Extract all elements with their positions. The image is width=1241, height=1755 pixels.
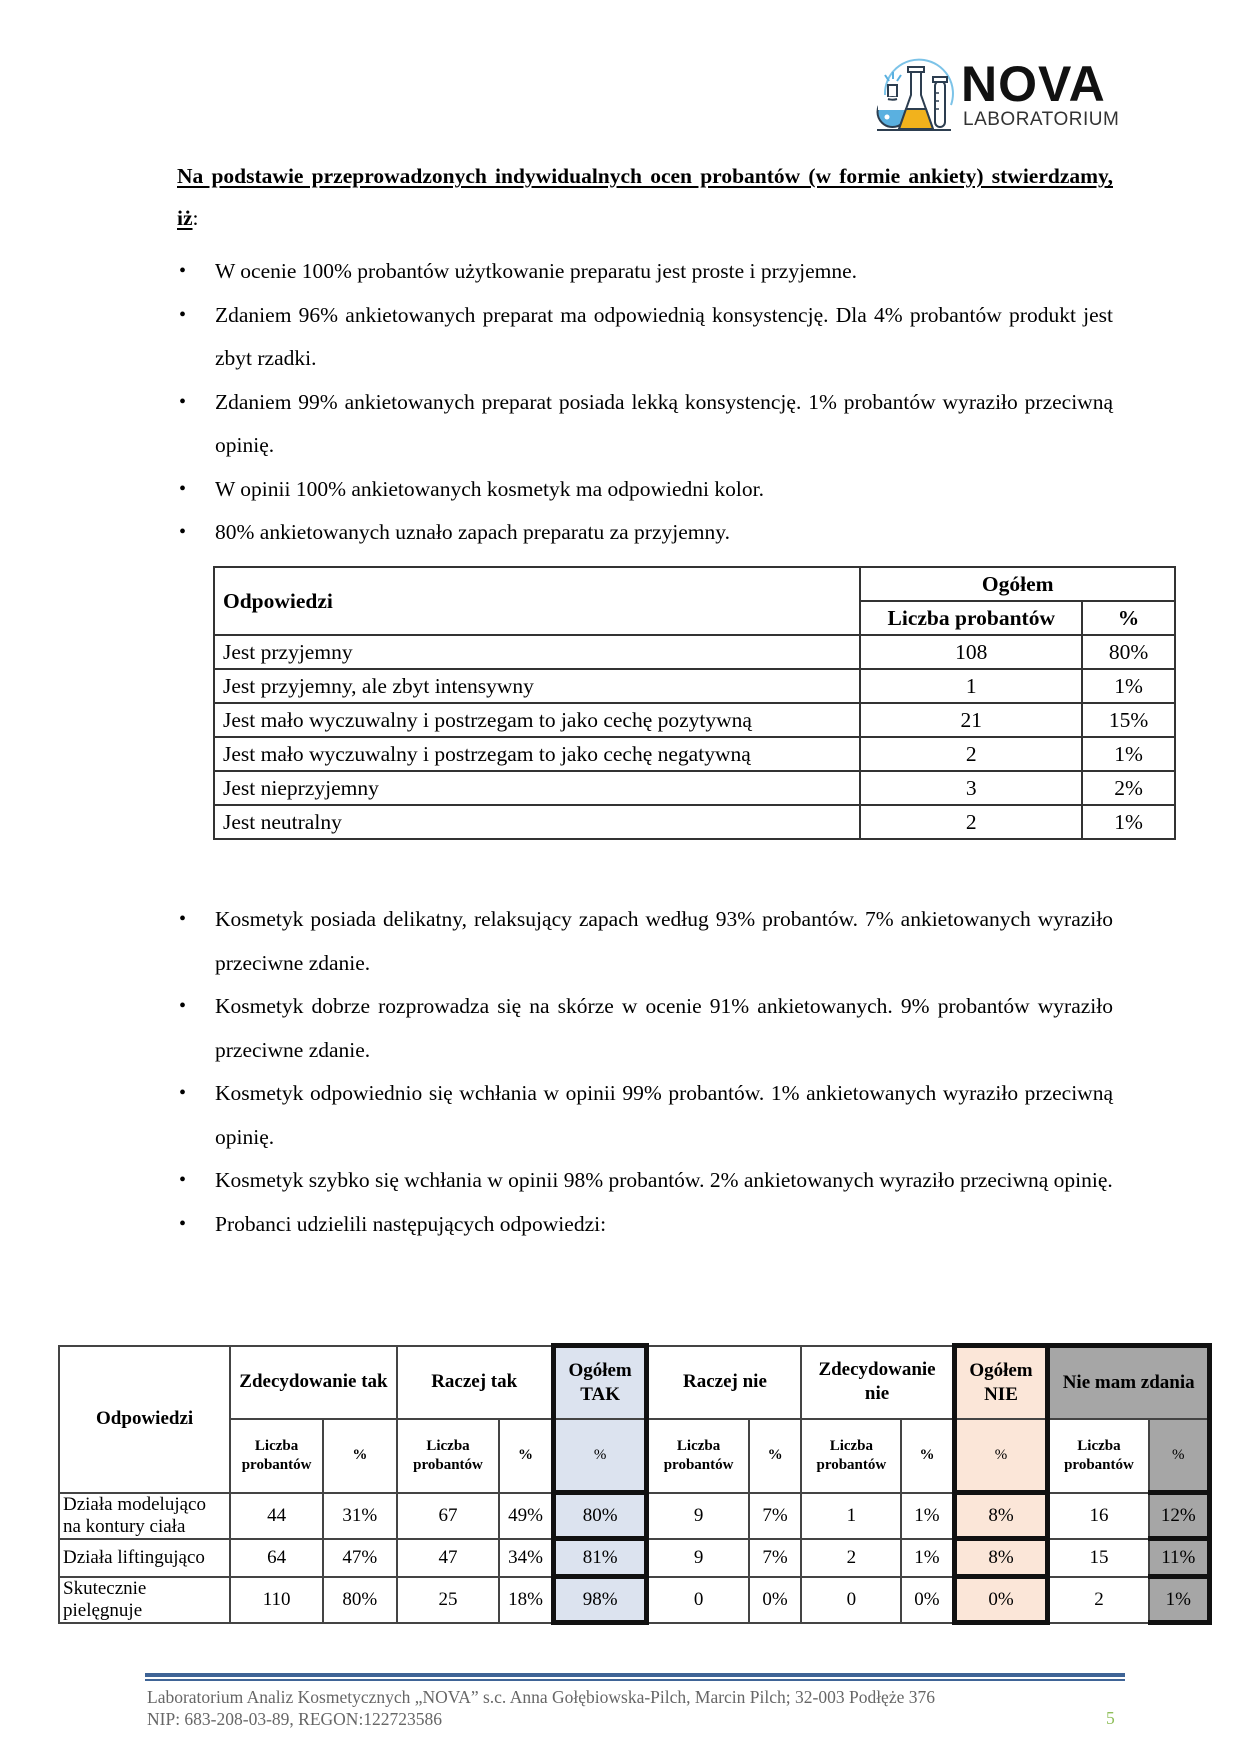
- lab-flasks-icon: [873, 57, 958, 135]
- header-answers: Odpowiedzi: [59, 1346, 230, 1493]
- footer-text: Laboratorium Analiz Kosmetycznych „NOVA”…: [147, 1686, 935, 1730]
- table-row: Jest neutralny21%: [214, 805, 1175, 839]
- cell-rather-no-p: 7%: [749, 1493, 802, 1539]
- cell-rather-no-n: 0: [647, 1577, 749, 1623]
- header-total: Ogółem: [860, 567, 1175, 601]
- header-total-yes: Ogółem TAK: [553, 1346, 647, 1420]
- cell-rather-no-n: 9: [647, 1539, 749, 1577]
- sub-pct: %: [901, 1419, 954, 1493]
- cell-rather-yes-n: 67: [397, 1493, 500, 1539]
- footer-divider: [145, 1673, 1125, 1677]
- cell-no-op-p: 1%: [1149, 1577, 1210, 1623]
- row-pct: 1%: [1082, 805, 1175, 839]
- row-count: 3: [860, 771, 1082, 805]
- cell-def-no-p: 1%: [901, 1493, 954, 1539]
- table-row: Jest przyjemny, ale zbyt intensywny11%: [214, 669, 1175, 703]
- cell-def-yes-n: 44: [230, 1493, 323, 1539]
- row-label: Jest mało wyczuwalny i postrzegam to jak…: [214, 703, 860, 737]
- row-count: 21: [860, 703, 1082, 737]
- cell-total-yes: 98%: [553, 1577, 647, 1623]
- findings-list-2: Kosmetyk posiada delikatny, relaksujący …: [177, 898, 1113, 1246]
- page-number: 5: [1106, 1708, 1115, 1729]
- sub-pct: %: [499, 1419, 553, 1493]
- nova-logo: NOVA LABORATORIUM: [873, 57, 1118, 135]
- cell-def-yes-p: 80%: [323, 1577, 397, 1623]
- cell-no-op-p: 11%: [1149, 1539, 1210, 1577]
- row-pct: 15%: [1082, 703, 1175, 737]
- row-label: Jest przyjemny: [214, 635, 860, 669]
- cell-def-no-p: 1%: [901, 1539, 954, 1577]
- sub-pct: %: [749, 1419, 802, 1493]
- list-item: Kosmetyk posiada delikatny, relaksujący …: [177, 898, 1113, 985]
- header-total-no: Ogółem NIE: [954, 1346, 1048, 1420]
- header-count: Liczba probantów: [860, 601, 1082, 635]
- logo-title: NOVA: [961, 57, 1106, 111]
- cell-total-yes: 81%: [553, 1539, 647, 1577]
- section-heading: Na podstawie przeprowadzonych indywidual…: [177, 155, 1113, 239]
- cell-total-yes: 80%: [553, 1493, 647, 1539]
- row-count: 2: [860, 737, 1082, 771]
- row-label: Działa modelująco na kontury ciała: [59, 1493, 230, 1539]
- footer-divider: [145, 1679, 1125, 1681]
- row-label: Działa liftingująco: [59, 1539, 230, 1577]
- cell-def-yes-n: 64: [230, 1539, 323, 1577]
- sub-count: Liczba probantów: [230, 1419, 323, 1493]
- row-pct: 2%: [1082, 771, 1175, 805]
- cell-rather-no-p: 7%: [749, 1539, 802, 1577]
- sub-count: Liczba probantów: [801, 1419, 901, 1493]
- cell-total-no: 0%: [954, 1577, 1048, 1623]
- table-row: Skutecznie pielęgnuje11080%2518%98%00%00…: [59, 1577, 1210, 1623]
- cell-def-yes-n: 110: [230, 1577, 323, 1623]
- cell-rather-no-n: 9: [647, 1493, 749, 1539]
- sub-pct: %: [553, 1419, 647, 1493]
- cell-no-op-n: 2: [1048, 1577, 1149, 1623]
- sub-count: Liczba probantów: [397, 1419, 500, 1493]
- row-pct: 1%: [1082, 737, 1175, 771]
- list-item: Zdaniem 99% ankietowanych preparat posia…: [177, 381, 1113, 468]
- list-item: Probanci udzielili następujących odpowie…: [177, 1203, 1113, 1247]
- list-item: 80% ankietowanych uznało zapach preparat…: [177, 511, 1113, 555]
- cell-rather-yes-p: 49%: [499, 1493, 553, 1539]
- row-label: Jest neutralny: [214, 805, 860, 839]
- table-row: Jest mało wyczuwalny i postrzegam to jak…: [214, 737, 1175, 771]
- cell-def-yes-p: 31%: [323, 1493, 397, 1539]
- cell-no-op-n: 15: [1048, 1539, 1149, 1577]
- cell-rather-yes-n: 25: [397, 1577, 500, 1623]
- footer-registry: NIP: 683-208-03-89, REGON:122723586: [147, 1708, 935, 1730]
- cell-rather-no-p: 0%: [749, 1577, 802, 1623]
- cell-def-no-n: 1: [801, 1493, 901, 1539]
- cell-def-no-n: 0: [801, 1577, 901, 1623]
- row-pct: 1%: [1082, 669, 1175, 703]
- cell-no-op-n: 16: [1048, 1493, 1149, 1539]
- cell-total-no: 8%: [954, 1493, 1048, 1539]
- cell-total-no: 8%: [954, 1539, 1048, 1577]
- scent-responses-table: Odpowiedzi Ogółem Liczba probantów % Jes…: [213, 566, 1176, 840]
- sub-pct: %: [323, 1419, 397, 1493]
- header-def-yes: Zdecydowanie tak: [230, 1346, 396, 1420]
- effect-responses-table: Odpowiedzi Zdecydowanie tak Raczej tak O…: [58, 1343, 1212, 1625]
- list-item: Kosmetyk szybko się wchłania w opinii 98…: [177, 1159, 1113, 1203]
- sub-pct: %: [954, 1419, 1048, 1493]
- header-def-no: Zdecydowanie nie: [801, 1346, 954, 1420]
- cell-def-no-p: 0%: [901, 1577, 954, 1623]
- table-row: Jest przyjemny10880%: [214, 635, 1175, 669]
- row-label: Jest przyjemny, ale zbyt intensywny: [214, 669, 860, 703]
- list-item: Kosmetyk dobrze rozprowadza się na skórz…: [177, 985, 1113, 1072]
- cell-rather-yes-p: 18%: [499, 1577, 553, 1623]
- list-item: Zdaniem 96% ankietowanych preparat ma od…: [177, 294, 1113, 381]
- logo-subtitle: LABORATORIUM: [963, 109, 1119, 131]
- findings-list-1: W ocenie 100% probantów użytkowanie prep…: [177, 250, 1113, 555]
- header-no-opinion: Nie mam zdania: [1048, 1346, 1210, 1420]
- cell-def-yes-p: 47%: [323, 1539, 397, 1577]
- sub-pct: %: [1149, 1419, 1210, 1493]
- table-row: Działa modelująco na kontury ciała4431%6…: [59, 1493, 1210, 1539]
- row-label: Skutecznie pielęgnuje: [59, 1577, 230, 1623]
- cell-def-no-n: 2: [801, 1539, 901, 1577]
- header-pct: %: [1082, 601, 1175, 635]
- row-label: Jest nieprzyjemny: [214, 771, 860, 805]
- header-answers: Odpowiedzi: [214, 567, 860, 635]
- heading-underlined-text: Na podstawie przeprowadzonych indywidual…: [177, 164, 1113, 230]
- list-item: W ocenie 100% probantów użytkowanie prep…: [177, 250, 1113, 294]
- row-pct: 80%: [1082, 635, 1175, 669]
- cell-rather-yes-n: 47: [397, 1539, 500, 1577]
- heading-suffix: :: [193, 206, 199, 230]
- sub-count: Liczba probantów: [647, 1419, 749, 1493]
- row-count: 2: [860, 805, 1082, 839]
- footer-address: Laboratorium Analiz Kosmetycznych „NOVA”…: [147, 1686, 935, 1708]
- table-row: Działa liftingująco6447%4734%81%97%21%8%…: [59, 1539, 1210, 1577]
- list-item: W opinii 100% ankietowanych kosmetyk ma …: [177, 468, 1113, 512]
- header-rather-no: Raczej nie: [647, 1346, 801, 1420]
- table-row: Jest mało wyczuwalny i postrzegam to jak…: [214, 703, 1175, 737]
- cell-no-op-p: 12%: [1149, 1493, 1210, 1539]
- row-label: Jest mało wyczuwalny i postrzegam to jak…: [214, 737, 860, 771]
- header-rather-yes: Raczej tak: [397, 1346, 554, 1420]
- row-count: 108: [860, 635, 1082, 669]
- cell-rather-yes-p: 34%: [499, 1539, 553, 1577]
- table-row: Jest nieprzyjemny32%: [214, 771, 1175, 805]
- row-count: 1: [860, 669, 1082, 703]
- sub-count: Liczba probantów: [1048, 1419, 1149, 1493]
- list-item: Kosmetyk odpowiednio się wchłania w opin…: [177, 1072, 1113, 1159]
